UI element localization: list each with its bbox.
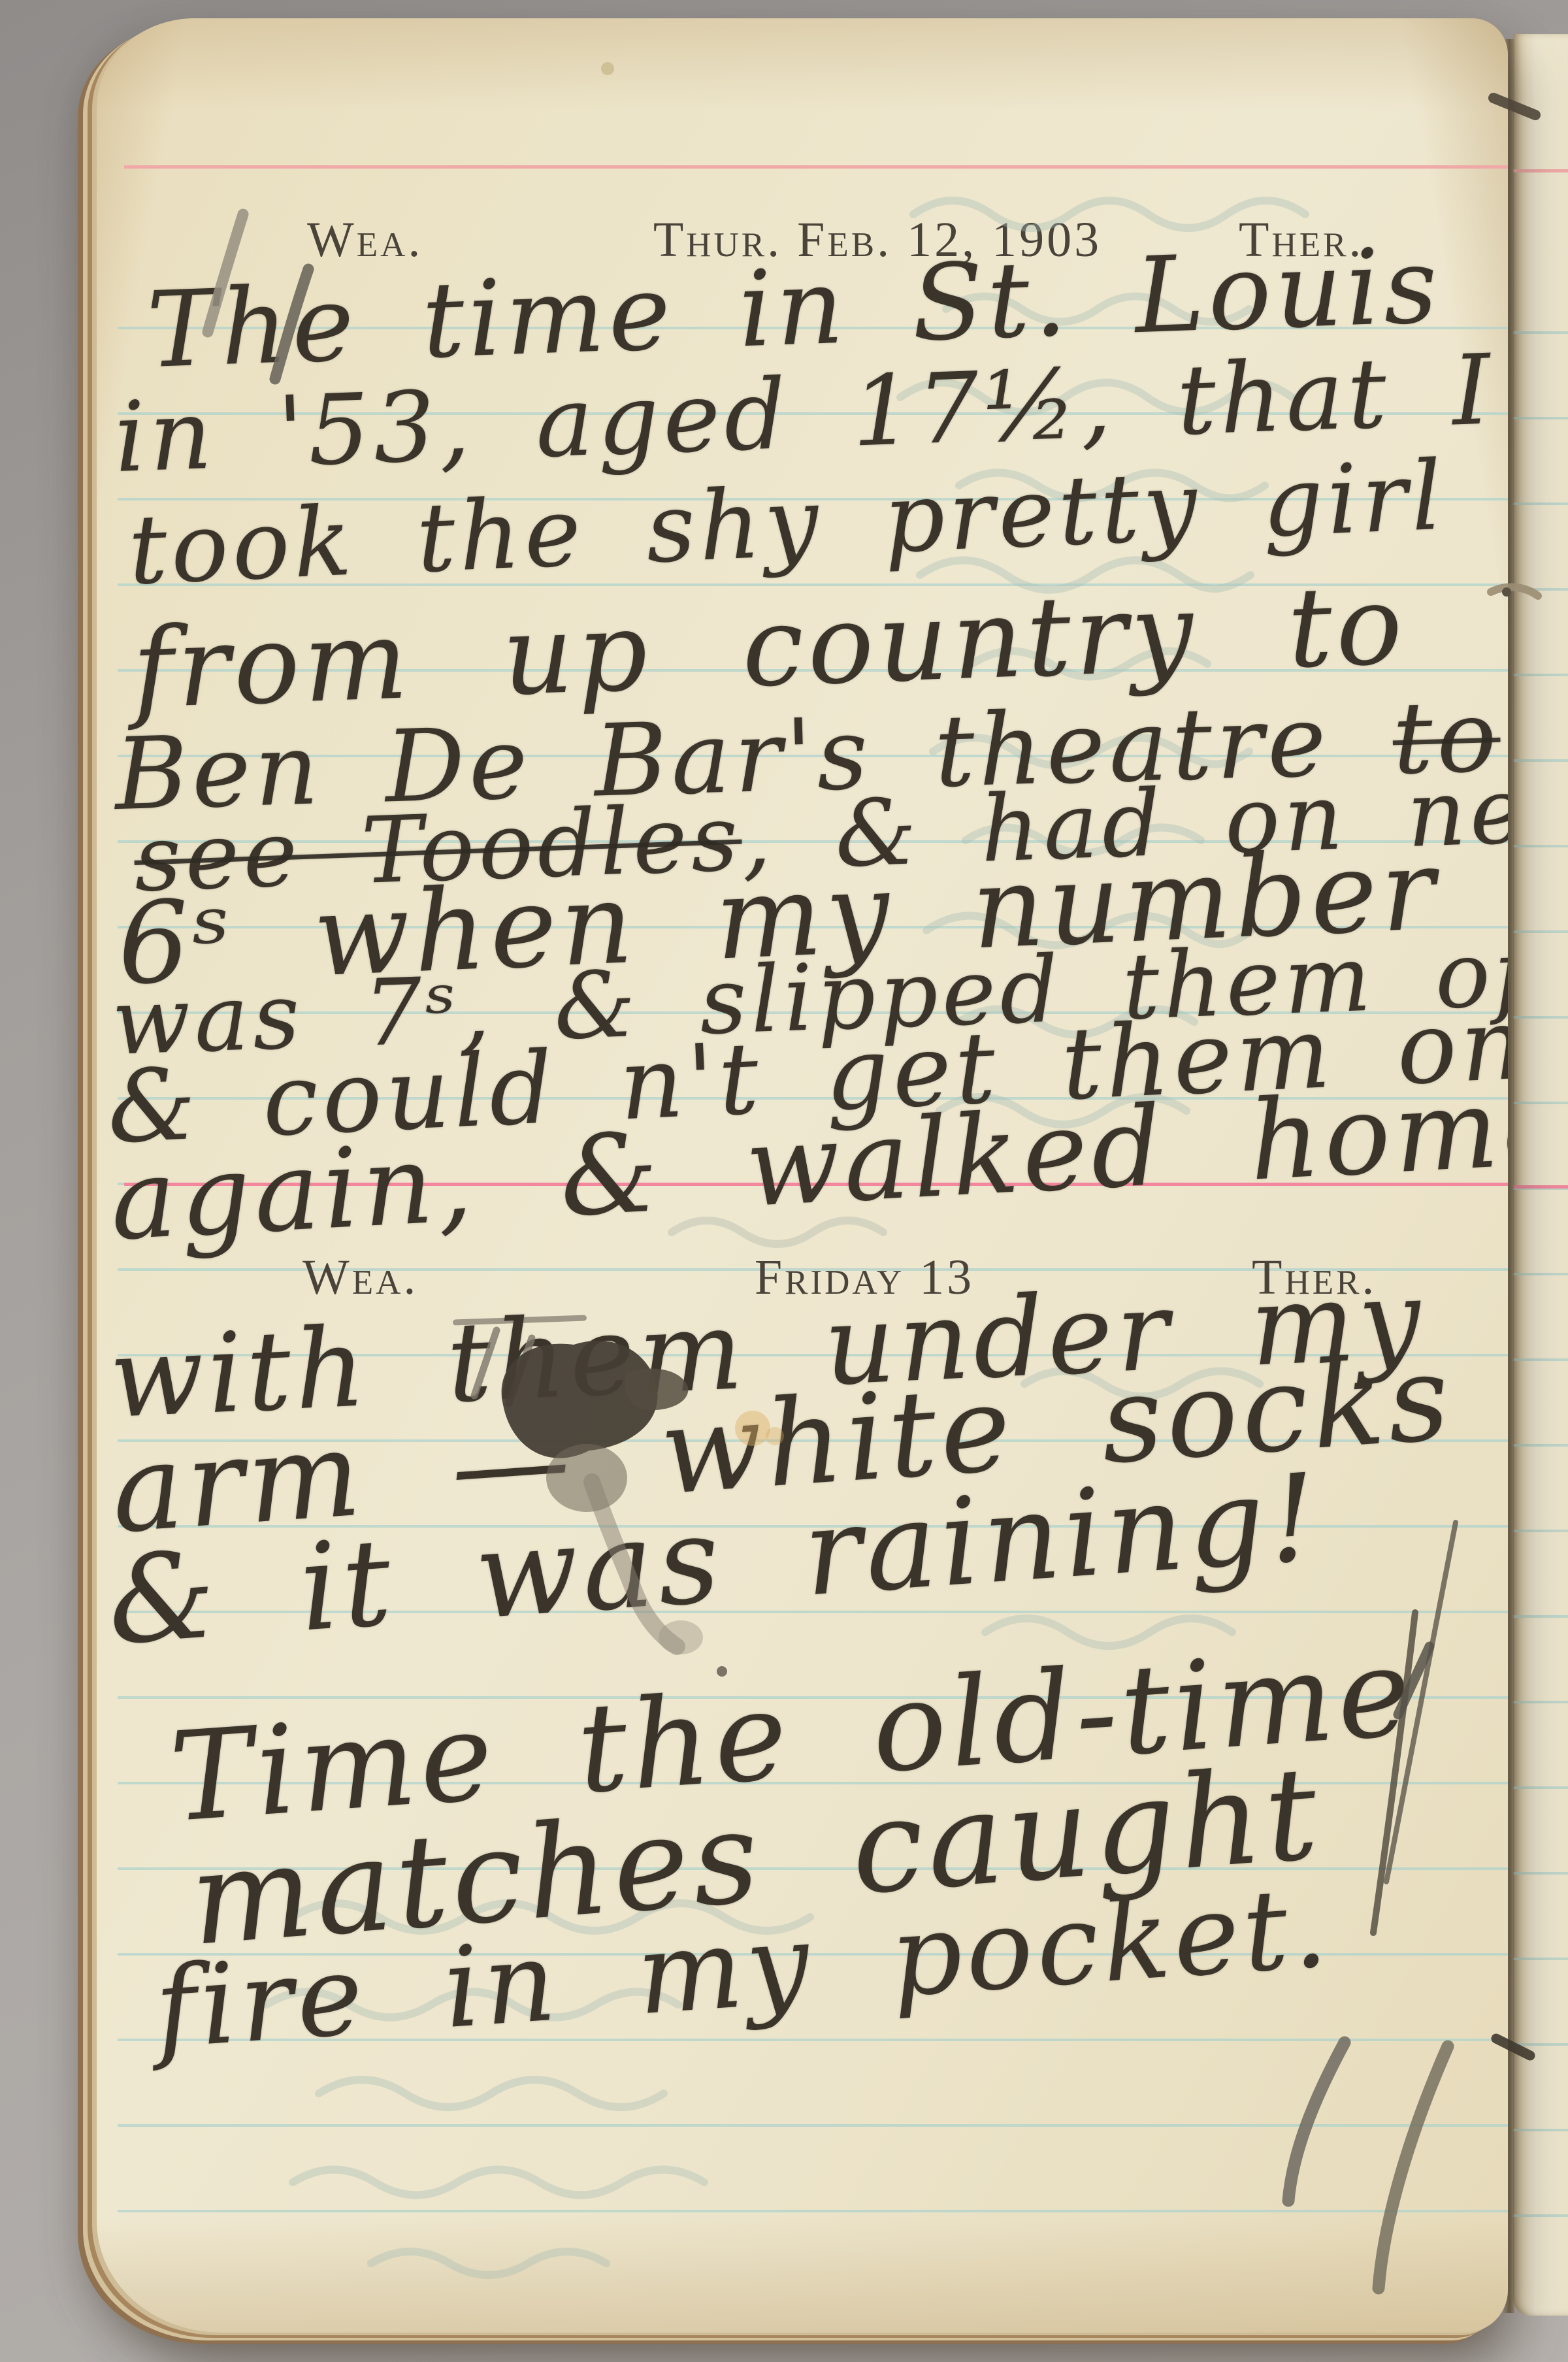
facing-ruled-lines bbox=[1513, 331, 1568, 2298]
diary-page: Wea. Thur. Feb. 12, 1903 Ther. Wea. Frid… bbox=[97, 18, 1508, 2333]
red-rule-feb12 bbox=[124, 165, 1508, 169]
facing-red-rule-mid bbox=[1513, 1185, 1568, 1189]
facing-red-rule-top bbox=[1513, 169, 1568, 172]
weather-label-friday13: Wea. bbox=[302, 1249, 418, 1306]
scanned-notebook-photo: Wea. Thur. Feb. 12, 1903 Ther. Wea. Frid… bbox=[0, 0, 1568, 2362]
facing-page-sliver bbox=[1513, 34, 1568, 2316]
